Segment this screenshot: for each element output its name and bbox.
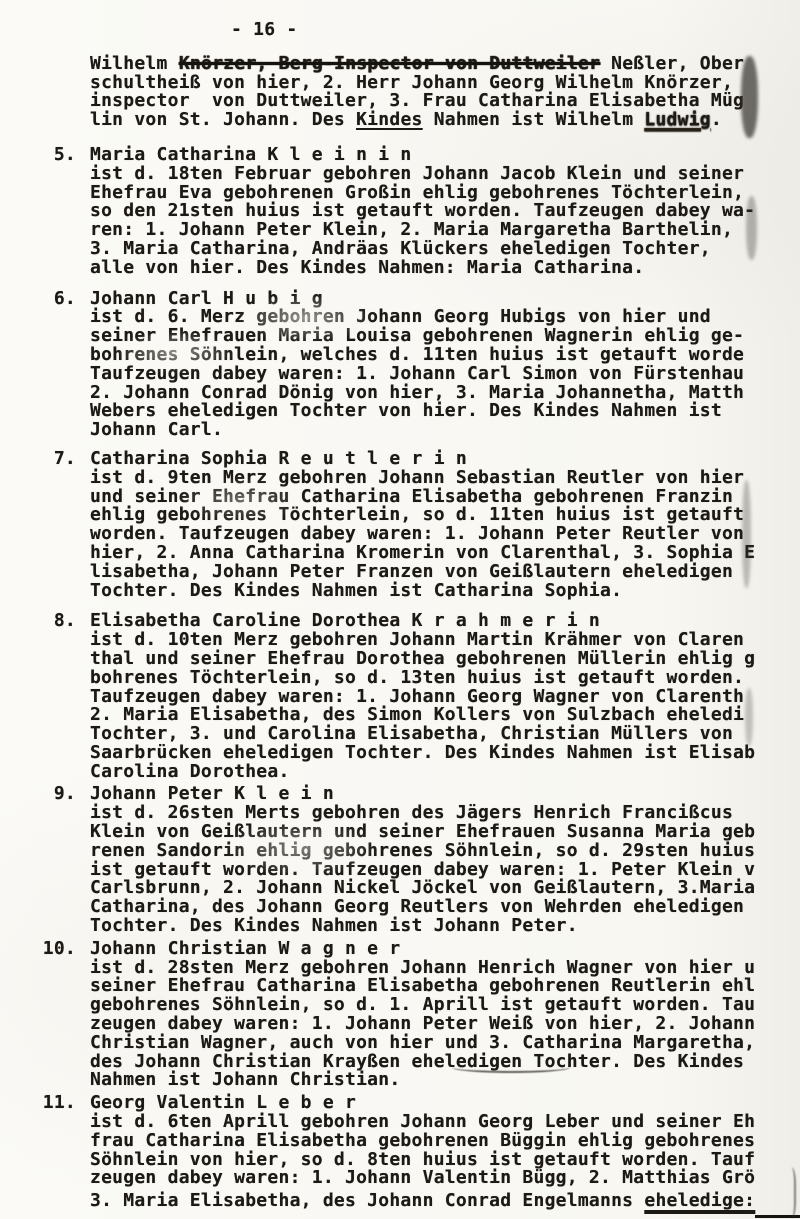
baptism-entries-list: 5. Maria Catharina K l e i n i n ist d. … <box>0 146 800 1211</box>
entry-number: 7. <box>0 450 90 469</box>
intro-text: Wilhelm <box>90 53 179 74</box>
entry-text-line: Tochter. Des Kindes Nahmen ist Catharina… <box>90 582 800 601</box>
entry-number: 11. <box>0 1094 90 1113</box>
entry-text-line: ist d. 18ten Februar gebohren Johann Jac… <box>90 165 800 184</box>
intro-paragraph: Wilhelm Knörzer, Berg-Inspector von Dutt… <box>90 55 800 130</box>
baptism-entry: 6. Johann Carl H u b i g ist d. 6. Merz … <box>0 290 800 440</box>
entry-number: 10. <box>0 940 90 959</box>
entry-name-heading: Johann Christian W a g n e r <box>90 940 800 959</box>
baptism-entry: 10. Johann Christian W a g n e r ist d. … <box>0 940 800 1090</box>
entry-text-line: zeugen dabey waren: 1. Johann Valentin B… <box>90 1169 800 1188</box>
underlined-word: Kindes <box>356 109 423 130</box>
smudged-underlined-word: Ludwig <box>644 109 711 130</box>
entry-number: 8. <box>0 612 90 631</box>
entry-text-line: Johann Carl. <box>90 421 800 440</box>
entry-text-line: lisabetha, Johann Peter Franzen von Geiß… <box>90 563 800 582</box>
entry-text-line: ist d. 9ten Merz gebohren Johann Sebasti… <box>90 469 800 488</box>
entry-text-line: alle von hier. Des Kindes Nahmen: Maria … <box>90 259 800 278</box>
entry-body: Johann Christian W a g n e r ist d. 28st… <box>90 940 800 1090</box>
entry-number: 9. <box>0 785 90 804</box>
entry-text-line: ist d. 6ten Aprill gebohren Johann Georg… <box>90 1113 800 1132</box>
entry-text-line: bohrenes Töchterlein, so d. 13ten huius … <box>90 669 800 688</box>
entry-name-heading: Maria Catharina K l e i n i n <box>90 146 800 165</box>
intro-text: Nahmen ist Wilhelm <box>423 109 645 130</box>
baptism-entry: 11. Georg Valentin L e b e r ist d. 6ten… <box>0 1094 800 1211</box>
entry-text-line: 3. Maria Catharina, Andräas Klückers ehe… <box>90 240 800 259</box>
intro-line: lin von St. Johann. Des Kindes Nahmen is… <box>90 111 800 130</box>
intro-text: . <box>711 109 722 130</box>
entry-name-heading: Catharina Sophia R e u t l e r i n <box>90 450 800 469</box>
baptism-entry: 5. Maria Catharina K l e i n i n ist d. … <box>0 146 800 278</box>
entry-text-line: frau Catharina Elisabetha gebohrenen Büg… <box>90 1132 800 1151</box>
entry-number: 6. <box>0 290 90 309</box>
entry-text-line: thal und seiner Ehefrau Dorothea gebohre… <box>90 650 800 669</box>
entry-text-line: hier, 2. Anna Catharina Kromerin von Cla… <box>90 544 800 563</box>
entry-body: Georg Valentin L e b e r ist d. 6ten Apr… <box>90 1094 800 1211</box>
entry-body: Maria Catharina K l e i n i n ist d. 18t… <box>90 146 800 278</box>
entry-text-line: Taufzeugen dabey waren: 1. Johann Carl S… <box>90 365 800 384</box>
entry-text-line: Saarbrücken eheledigen Tochter. Des Kind… <box>90 744 800 763</box>
intro-text: lin von St. Johann. Des <box>90 109 356 130</box>
underlined-word: eheledige: <box>644 1190 755 1211</box>
entry-body: Elisabetha Caroline Dorothea K r a h m e… <box>90 612 800 781</box>
entry-body: Catharina Sophia R e u t l e r i n ist d… <box>90 450 800 600</box>
strikethrough-text: Knörzer, Berg-Inspector von Duttweiler <box>179 53 600 74</box>
intro-line: Wilhelm Knörzer, Berg-Inspector von Dutt… <box>90 55 800 74</box>
entry-text-line: Tochter. Des Kindes Nahmen ist Johann Pe… <box>90 917 800 936</box>
entry-body: Johann Peter K l e i n ist d. 26sten Mer… <box>90 785 800 935</box>
baptism-entry: 8. Elisabetha Caroline Dorothea K r a h … <box>0 612 800 781</box>
entry-number: 5. <box>0 146 90 165</box>
entry-text-line: renen Sandorin ehlig gebohrenes Söhnlein… <box>90 842 800 861</box>
scanned-register-page: - 16 - Wilhelm Knörzer, Berg-Inspector v… <box>0 0 800 1219</box>
entry-text: 3. Maria Elisabetha, des Johann Conrad E… <box>90 1190 644 1211</box>
entry-text-line: Carolina Dorothea. <box>90 763 800 782</box>
entry-text-line: bohrenes Söhnlein, welches d. 11ten huiu… <box>90 346 800 365</box>
baptism-entry: 9. Johann Peter K l e i n ist d. 26sten … <box>0 785 800 935</box>
baptism-entry: 7. Catharina Sophia R e u t l e r i n is… <box>0 450 800 600</box>
entry-text-line: Christian Wagner, auch von hier und 3. C… <box>90 1034 800 1053</box>
entry-final-line: 3. Maria Elisabetha, des Johann Conrad E… <box>90 1192 800 1211</box>
page-number: - 16 - <box>231 21 298 40</box>
entry-text-line: Nahmen ist Johann Christian. <box>90 1071 800 1090</box>
intro-text: Neßler, Ober <box>600 53 744 74</box>
entry-body: Johann Carl H u b i g ist d. 6. Merz geb… <box>90 290 800 440</box>
